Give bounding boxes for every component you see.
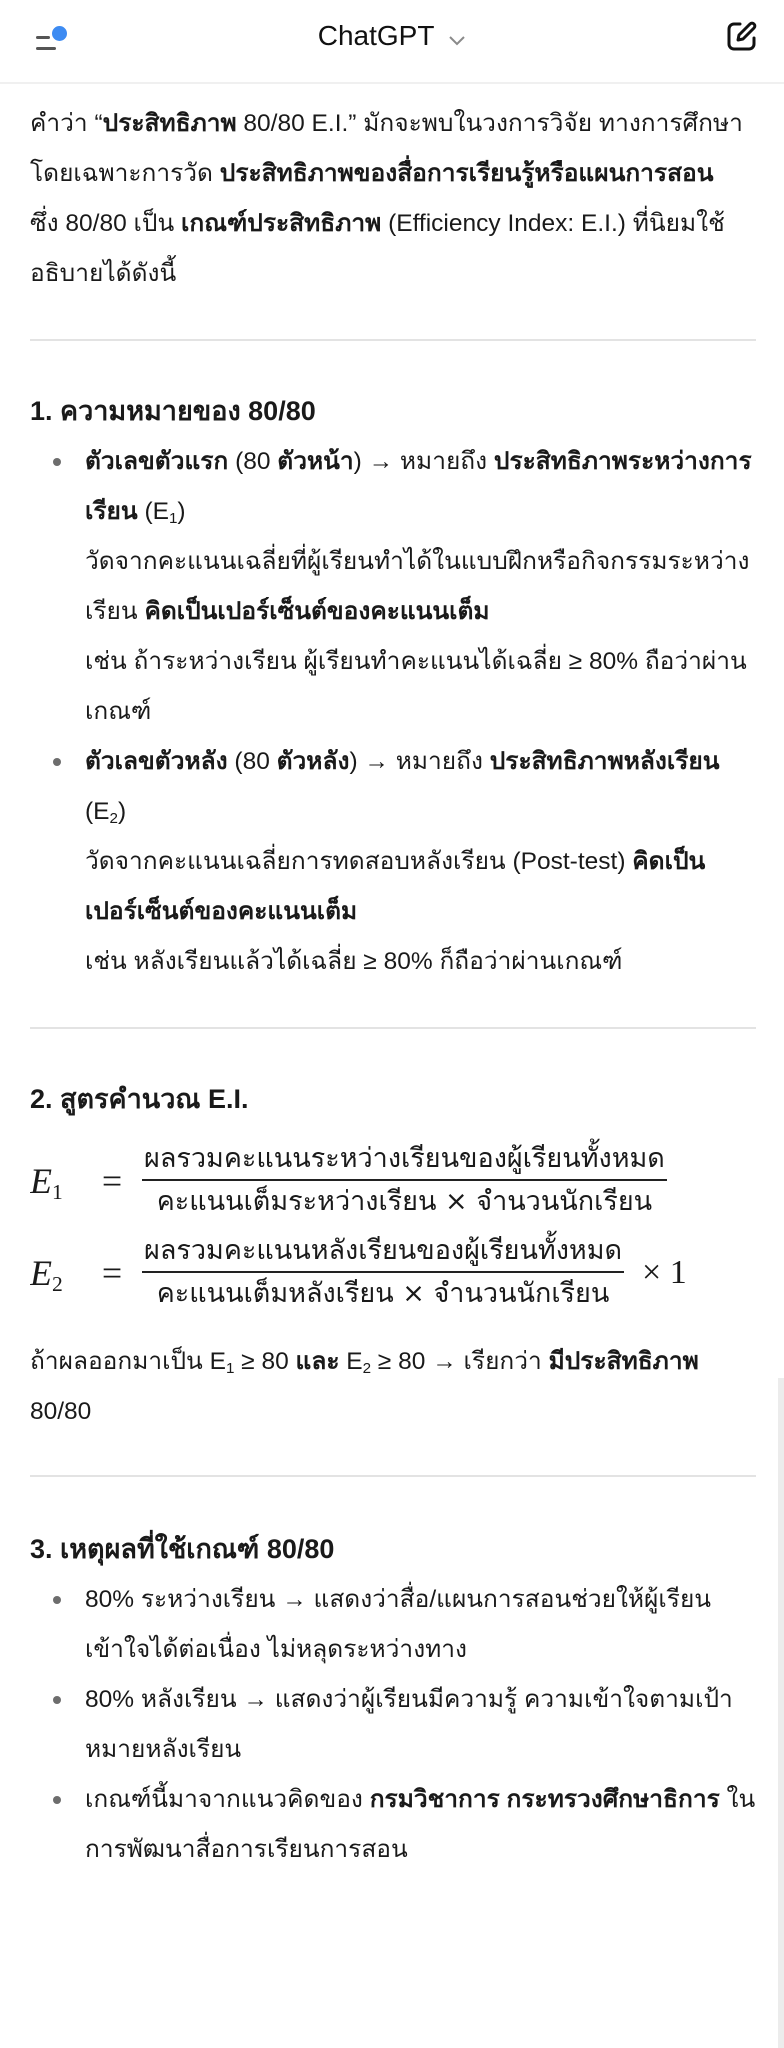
bold-text: และ xyxy=(296,1348,340,1375)
example-text: เช่น หลังเรียนแล้วได้เฉลี่ย ≥ 80% ก็ถือว… xyxy=(85,948,622,975)
formula-result-text: ถ้าผลออกมาเป็น E1 ≥ 80 และ E2 ≥ 80 → เรี… xyxy=(30,1337,756,1437)
text: (80 xyxy=(228,448,277,475)
text: ) → หมายถึง xyxy=(349,748,489,775)
text: 80% ระหว่างเรียน → แสดงว่าสื่อ/แผนการสอน… xyxy=(85,1586,711,1663)
top-bar: ChatGPT xyxy=(0,0,784,84)
new-chat-button[interactable] xyxy=(724,18,760,54)
numerator: ผลรวมคะแนนหลังเรียนของผู้เรียนทั้งหมด xyxy=(142,1231,624,1271)
reasons-list: 80% ระหว่างเรียน → แสดงว่าสื่อ/แผนการสอน… xyxy=(30,1575,756,1875)
text: ≥ 80 xyxy=(234,1348,295,1375)
bold-text: คิดเป็นเปอร์เซ็นต์ของคะแนนเต็ม xyxy=(144,598,489,625)
meaning-list: ตัวเลขตัวแรก (80 ตัวหน้า) → หมายถึง ประส… xyxy=(30,437,756,987)
heading-number: 2. xyxy=(30,1084,60,1114)
list-item-first-number: ตัวเลขตัวแรก (80 ตัวหน้า) → หมายถึง ประส… xyxy=(30,437,756,737)
app-title: ChatGPT xyxy=(318,18,435,54)
list-item-reason: 80% ระหว่างเรียน → แสดงว่าสื่อ/แผนการสอน… xyxy=(30,1575,756,1675)
formula-e2: E2 = ผลรวมคะแนนหลังเรียนของผู้เรียนทั้งห… xyxy=(30,1227,784,1319)
heading-bold: ความหมายของ xyxy=(60,396,241,426)
list-item-reason: 80% หลังเรียน → แสดงว่าผู้เรียนมีความรู้… xyxy=(30,1675,756,1775)
bold-text: กรมวิชาการ กระทรวงศึกษาธิการ xyxy=(370,1786,720,1813)
example-text: เช่น ถ้าระหว่างเรียน ผู้เรียนทำคะแนนได้เ… xyxy=(85,648,747,725)
heading-bold: เหตุผลที่ใช้เกณฑ์ xyxy=(60,1534,259,1564)
multiplier-text: × 1 xyxy=(642,1254,687,1292)
model-selector[interactable]: ChatGPT xyxy=(0,16,784,56)
formula-lhs: E2 xyxy=(30,1252,86,1294)
chevron-down-icon xyxy=(448,20,466,56)
text: ซึ่ง 80/80 เป็น xyxy=(30,210,181,237)
subscript: 2 xyxy=(363,1360,371,1377)
bold-text: เกณฑ์ประสิทธิภาพ xyxy=(181,210,381,237)
bold-text: ตัวเลขตัวแรก xyxy=(85,448,228,475)
text: คำว่า “ xyxy=(30,110,103,137)
text: ถ้าผลออกมาเป็น E xyxy=(30,1348,226,1375)
bold-text: ประสิทธิภาพ xyxy=(103,110,237,137)
heading-text: 80/80 xyxy=(259,1534,334,1564)
numerator: ผลรวมคะแนนระหว่างเรียนของผู้เรียนทั้งหมด xyxy=(142,1139,667,1179)
text: ) xyxy=(118,798,126,825)
heading-number: 1. xyxy=(30,396,60,426)
bold-text: ประสิทธิภาพของสื่อการเรียนรู้หรือแผนการส… xyxy=(220,160,714,187)
formula-scroll-block[interactable]: E1 = ผลรวมคะแนนระหว่างเรียนของผู้เรียนทั… xyxy=(30,1135,784,1319)
list-item-second-number: ตัวเลขตัวหลัง (80 ตัวหลัง) → หมายถึง ประ… xyxy=(30,737,756,987)
fraction: ผลรวมคะแนนระหว่างเรียนของผู้เรียนทั้งหมด… xyxy=(138,1139,671,1223)
text: (80 xyxy=(228,748,277,775)
text: เกณฑ์นี้มาจากแนวคิดของ xyxy=(85,1786,370,1813)
list-item-reason: เกณฑ์นี้มาจากแนวคิดของ กรมวิชาการ กระทรว… xyxy=(30,1775,756,1875)
text: E xyxy=(340,1348,363,1375)
bold-text: ตัวหลัง xyxy=(277,748,350,775)
fraction: ผลรวมคะแนนหลังเรียนของผู้เรียนทั้งหมด คะ… xyxy=(138,1231,628,1315)
text: ) → หมายถึง xyxy=(354,448,494,475)
equals-sign: = xyxy=(86,1252,138,1294)
denominator: คะแนนเต็มหลังเรียน × จำนวนนักเรียน xyxy=(155,1273,612,1315)
text: วัดจากคะแนนเฉลี่ยการทดสอบหลังเรียน (Post… xyxy=(85,848,632,875)
assistant-message: คำว่า “ประสิทธิภาพ 80/80 E.I.” มักจะพบใน… xyxy=(30,82,756,1875)
intro-paragraph: คำว่า “ประสิทธิภาพ 80/80 E.I.” มักจะพบใน… xyxy=(30,82,756,299)
bold-text: มีประสิทธิภาพ xyxy=(549,1348,699,1375)
section-heading-meaning: 1. ความหมายของ 80/80 xyxy=(30,391,756,431)
section-heading-reasons: 3. เหตุผลที่ใช้เกณฑ์ 80/80 xyxy=(30,1529,756,1569)
bold-text: ประสิทธิภาพหลังเรียน xyxy=(490,748,720,775)
bold-text: ตัวเลขตัวหลัง xyxy=(85,748,228,775)
text: 80/80 xyxy=(30,1398,91,1425)
denominator: คะแนนเต็มระหว่างเรียน × จำนวนนักเรียน xyxy=(155,1181,654,1223)
bold-text: ตัวหน้า xyxy=(277,448,353,475)
subscript: 2 xyxy=(110,810,118,827)
scrollbar[interactable] xyxy=(778,1378,784,2048)
heading-number: 3. xyxy=(30,1534,60,1564)
heading-text: 80/80 xyxy=(241,396,316,426)
edit-compose-icon xyxy=(724,18,760,54)
text: (E xyxy=(85,798,110,825)
section-heading-formula: 2. สูตรคำนวณ E.I. xyxy=(30,1079,756,1119)
equals-sign: = xyxy=(86,1160,138,1202)
heading-bold: สูตรคำนวณ xyxy=(60,1084,200,1114)
heading-text: E.I. xyxy=(200,1084,248,1114)
text: (E xyxy=(138,498,169,525)
formula-lhs: E1 xyxy=(30,1160,86,1202)
text: ) xyxy=(177,498,185,525)
formula-e1: E1 = ผลรวมคะแนนระหว่างเรียนของผู้เรียนทั… xyxy=(30,1135,784,1227)
text: 80% หลังเรียน → แสดงว่าผู้เรียนมีความรู้… xyxy=(85,1686,733,1763)
text: ≥ 80 → เรียกว่า xyxy=(371,1348,548,1375)
